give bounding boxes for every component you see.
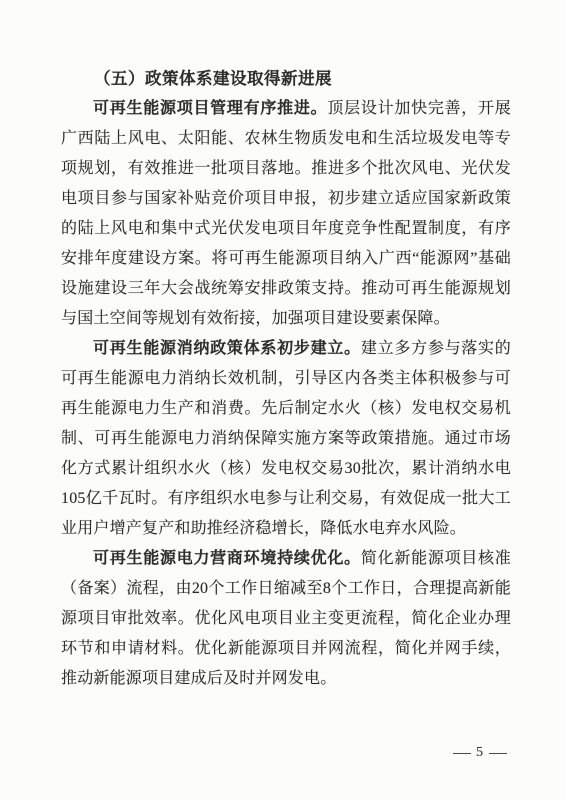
document-body: （五）政策体系建设取得新进展 可再生能源项目管理有序推进。顶层设计加快完善，开展… [61,64,511,694]
paragraph-project-management: 可再生能源项目管理有序推进。顶层设计加快完善，开展广西陆上风电、太阳能、农林生物… [61,94,511,334]
paragraph-consumption-policy: 可再生能源消纳政策体系初步建立。建立多方参与落实的可再生能源电力消纳长效机制，引… [61,334,511,544]
paragraph-2-text: 建立多方参与落实的可再生能源电力消纳长效机制，引导区内各类主体积极参与可再生能源… [61,340,511,537]
paragraph-3-text: 简化新能源项目核准（备案）流程，由20个工作日缩减至8个工作日，合理提高新能源项… [61,550,511,687]
paragraph-2-lead: 可再生能源消纳政策体系初步建立。 [93,340,361,357]
paragraph-1-text: 顶层设计加快完善，开展广西陆上风电、太阳能、农林生物质发电和生活垃圾发电等专项规… [61,100,511,327]
paragraph-3-lead: 可再生能源电力营商环境持续优化。 [93,550,361,567]
document-page: （五）政策体系建设取得新进展 可再生能源项目管理有序推进。顶层设计加快完善，开展… [0,0,565,800]
page-number: 5 [453,745,507,761]
page-number-dash-right [489,753,507,754]
paragraph-1-lead: 可再生能源项目管理有序推进。 [93,100,327,117]
section-heading: （五）政策体系建设取得新进展 [61,64,511,94]
paragraph-business-environment: 可再生能源电力营商环境持续优化。简化新能源项目核准（备案）流程，由20个工作日缩… [61,544,511,694]
page-number-dash-left [453,753,471,754]
page-number-value: 5 [476,745,484,761]
